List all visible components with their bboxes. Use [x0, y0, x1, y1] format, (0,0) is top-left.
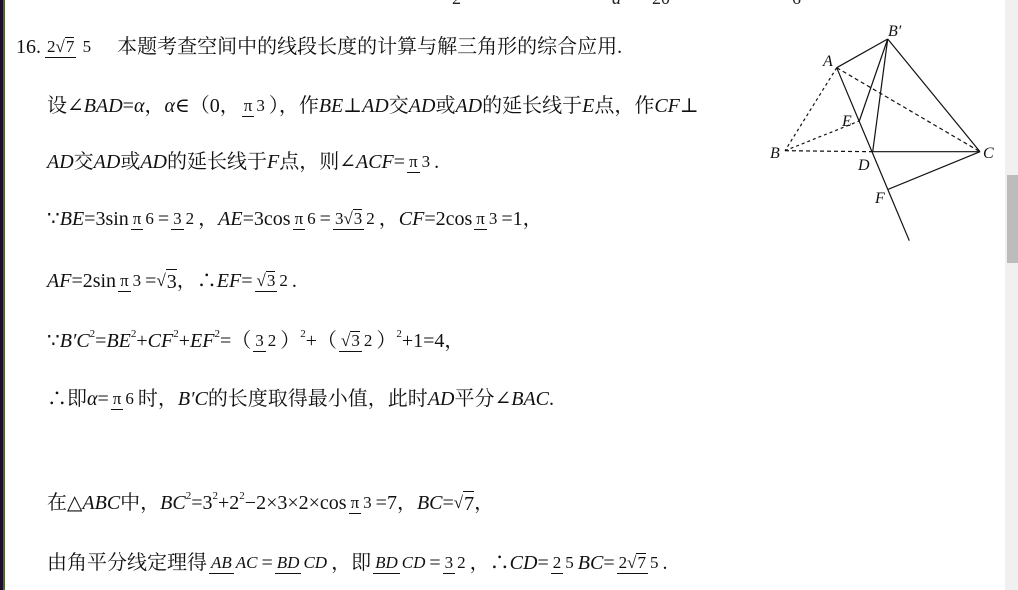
fraction: √32: [255, 271, 290, 292]
fraction: π6: [111, 389, 136, 410]
label-f: F: [874, 190, 885, 207]
solution-line-5: AF=2sin π3 =√3 ，∴EF= √32 .: [47, 258, 297, 304]
fraction: π3: [407, 152, 432, 173]
fraction: π3: [474, 209, 499, 230]
fraction: 25: [551, 553, 576, 574]
fraction: √32: [339, 331, 374, 352]
cutoff-glyph: a: [612, 0, 621, 9]
geometry-diagram: B′ A E B D C F: [760, 0, 1005, 250]
fraction: π6: [131, 209, 156, 230]
label-d: D: [857, 157, 870, 174]
solution-line-4: ∵BE=3sin π6 = 32 ，AE=3cos π6 = 3√32 ，CF=…: [47, 196, 543, 242]
fraction: 2√75: [617, 553, 661, 574]
problem-number: 16.: [16, 35, 41, 59]
solution-line-6: ∵B′C2= BE2+ CF2+ EF2=（ 32 ）2+（ √32 ）2+1=…: [47, 318, 464, 364]
label-c: C: [983, 145, 994, 162]
vertical-scrollbar[interactable]: [1005, 0, 1018, 590]
cutoff-glyph: 2: [452, 0, 461, 9]
solution-line-9: 由角平分线定理得 ABAC = BDCD ，即 BDCD = 32 ，∴CD= …: [47, 540, 667, 586]
fraction: 32: [171, 209, 196, 230]
fraction: 3√32: [333, 209, 377, 230]
solution-line-3: AD 交 AD 或 AD 的延长线于 F 点，则∠ACF= π3 .: [47, 140, 439, 184]
fraction: π6: [293, 209, 318, 230]
fraction: ABAC: [209, 553, 260, 574]
solution-line-2: 设∠BAD=α，α∈（0， π3 ），作 BE⊥AD 交 AD 或 AD 的延长…: [47, 84, 699, 128]
label-b-prime: B′: [888, 23, 902, 40]
problem-topic: 本题考查空间中的线段长度的计算与解三角形的综合应用.: [117, 35, 622, 59]
solution-line-7: ∴即 α= π6 时，B′C 的长度取得最小值，此时 AD 平分∠BAC.: [47, 376, 554, 422]
fraction: BDCD: [275, 553, 329, 574]
problem-header: 16. 2√7 5 本题考查空间中的线段长度的计算与解三角形的综合应用.: [16, 24, 622, 70]
cutoff-glyph: 20: [652, 0, 670, 9]
fraction: π3: [349, 493, 374, 514]
fraction: 32: [443, 553, 468, 574]
document-page: 2 a 20 6 16. 2√7 5 本题考查空间中的线段长度的计算与解三角形的…: [0, 0, 1004, 590]
label-a: A: [822, 53, 833, 70]
label-b: B: [770, 145, 780, 162]
label-e: E: [841, 113, 852, 130]
answer-fraction: 2√7 5: [45, 37, 93, 58]
fraction: BDCD: [373, 553, 427, 574]
scrollbar-thumb[interactable]: [1007, 175, 1018, 263]
fraction: π3: [118, 271, 143, 292]
solution-line-8: 在△ABC 中， BC2=32+22−2×3×2×cos π3 =7，BC=√7…: [47, 480, 494, 526]
fraction: 32: [253, 331, 278, 352]
fraction: π3: [242, 96, 267, 117]
